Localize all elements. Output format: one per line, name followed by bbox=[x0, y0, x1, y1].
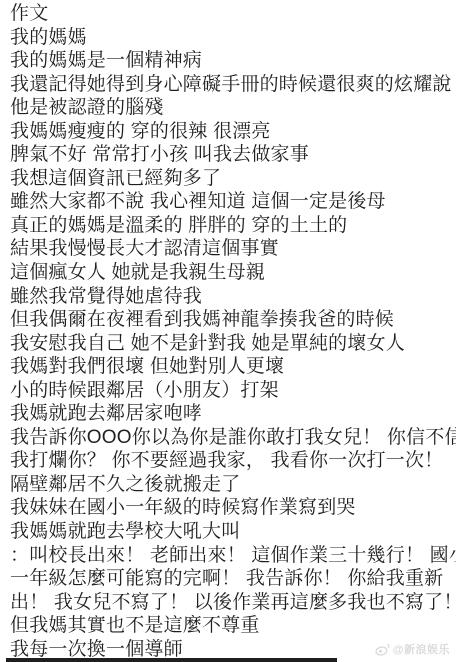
essay-line: 真正的媽媽是溫柔的 胖胖的 穿的土土的 bbox=[10, 214, 452, 238]
essay-line: 隔壁鄰居不久之後就搬走了 bbox=[10, 473, 452, 497]
essay-line: 我告訴你OOO你以為你是誰你敢打我女兒！ 你信不信 bbox=[10, 426, 452, 450]
essay-line: 脾氣不好 常常打小孩 叫我去做家事 bbox=[10, 143, 452, 167]
essay-line: 雖然大家都不說 我心裡知道 這個一定是後母 bbox=[10, 190, 452, 214]
essay-line: 雖然我常覺得她虐待我 bbox=[10, 285, 452, 309]
essay-line: 我媽媽瘦瘦的 穿的很辣 很漂亮 bbox=[10, 120, 452, 144]
weibo-watermark: @新浪娱乐 bbox=[375, 641, 450, 657]
essay-line: 我媽媽就跑去學校大吼大叫 bbox=[10, 520, 452, 544]
essay-line: 我媽對我們很壞 但她對別人更壞 bbox=[10, 355, 452, 379]
essay-line: 但我偶爾在夜裡看到我媽神龍拳揍我爸的時候 bbox=[10, 308, 452, 332]
essay-line: 我的媽媽 bbox=[10, 26, 452, 50]
essay-line: 我安慰我自己 她不是針對我 她是單純的壞女人 bbox=[10, 332, 452, 356]
essay-line: 我想這個資訊已經夠多了 bbox=[10, 167, 452, 191]
essay-line: 小的時候跟鄰居（小朋友）打架 bbox=[10, 379, 452, 403]
essay-line: 我媽就跑去鄰居家咆哮 bbox=[10, 402, 452, 426]
essay-line: 我妹妹在國小一年級的時候寫作業寫到哭 bbox=[10, 496, 452, 520]
essay-text-block: 作文 我的媽媽 我的媽媽是一個精神病 我還記得她得到身心障礙手冊的時候還很爽的炫… bbox=[10, 2, 452, 661]
cropped-next-line-artifact bbox=[6, 658, 337, 662]
weibo-logo-icon bbox=[375, 643, 390, 656]
essay-line: 結果我慢慢長大才認清這個事實 bbox=[10, 237, 452, 261]
essay-line: ：叫校長出來！ 老師出來！ 這個作業三十幾行！ 國小 bbox=[10, 544, 452, 568]
essay-line: 一年級怎麼可能寫的完啊！ 我告訴你！ 你給我重新 bbox=[10, 567, 452, 591]
essay-line: 我的媽媽是一個精神病 bbox=[10, 49, 452, 73]
essay-line: 我打爛你？ 你不要經過我家， 我看你一次打一次！ bbox=[10, 449, 452, 473]
essay-line: 這個瘋女人 她就是我親生母親 bbox=[10, 261, 452, 285]
essay-line: 他是被認證的腦殘 bbox=[10, 96, 452, 120]
essay-line: 出！ 我女兒不寫了！ 以後作業再這麼多我也不寫了！！ bbox=[10, 591, 452, 615]
screenshot-root: 作文 我的媽媽 我的媽媽是一個精神病 我還記得她得到身心障礙手冊的時候還很爽的炫… bbox=[0, 0, 456, 662]
watermark-handle: @新浪娱乐 bbox=[393, 641, 450, 657]
essay-line: 但我媽其實也不是這麼不尊重 bbox=[10, 614, 452, 638]
essay-line: 我還記得她得到身心障礙手冊的時候還很爽的炫耀說 bbox=[10, 73, 452, 97]
essay-line: 作文 bbox=[10, 2, 452, 26]
